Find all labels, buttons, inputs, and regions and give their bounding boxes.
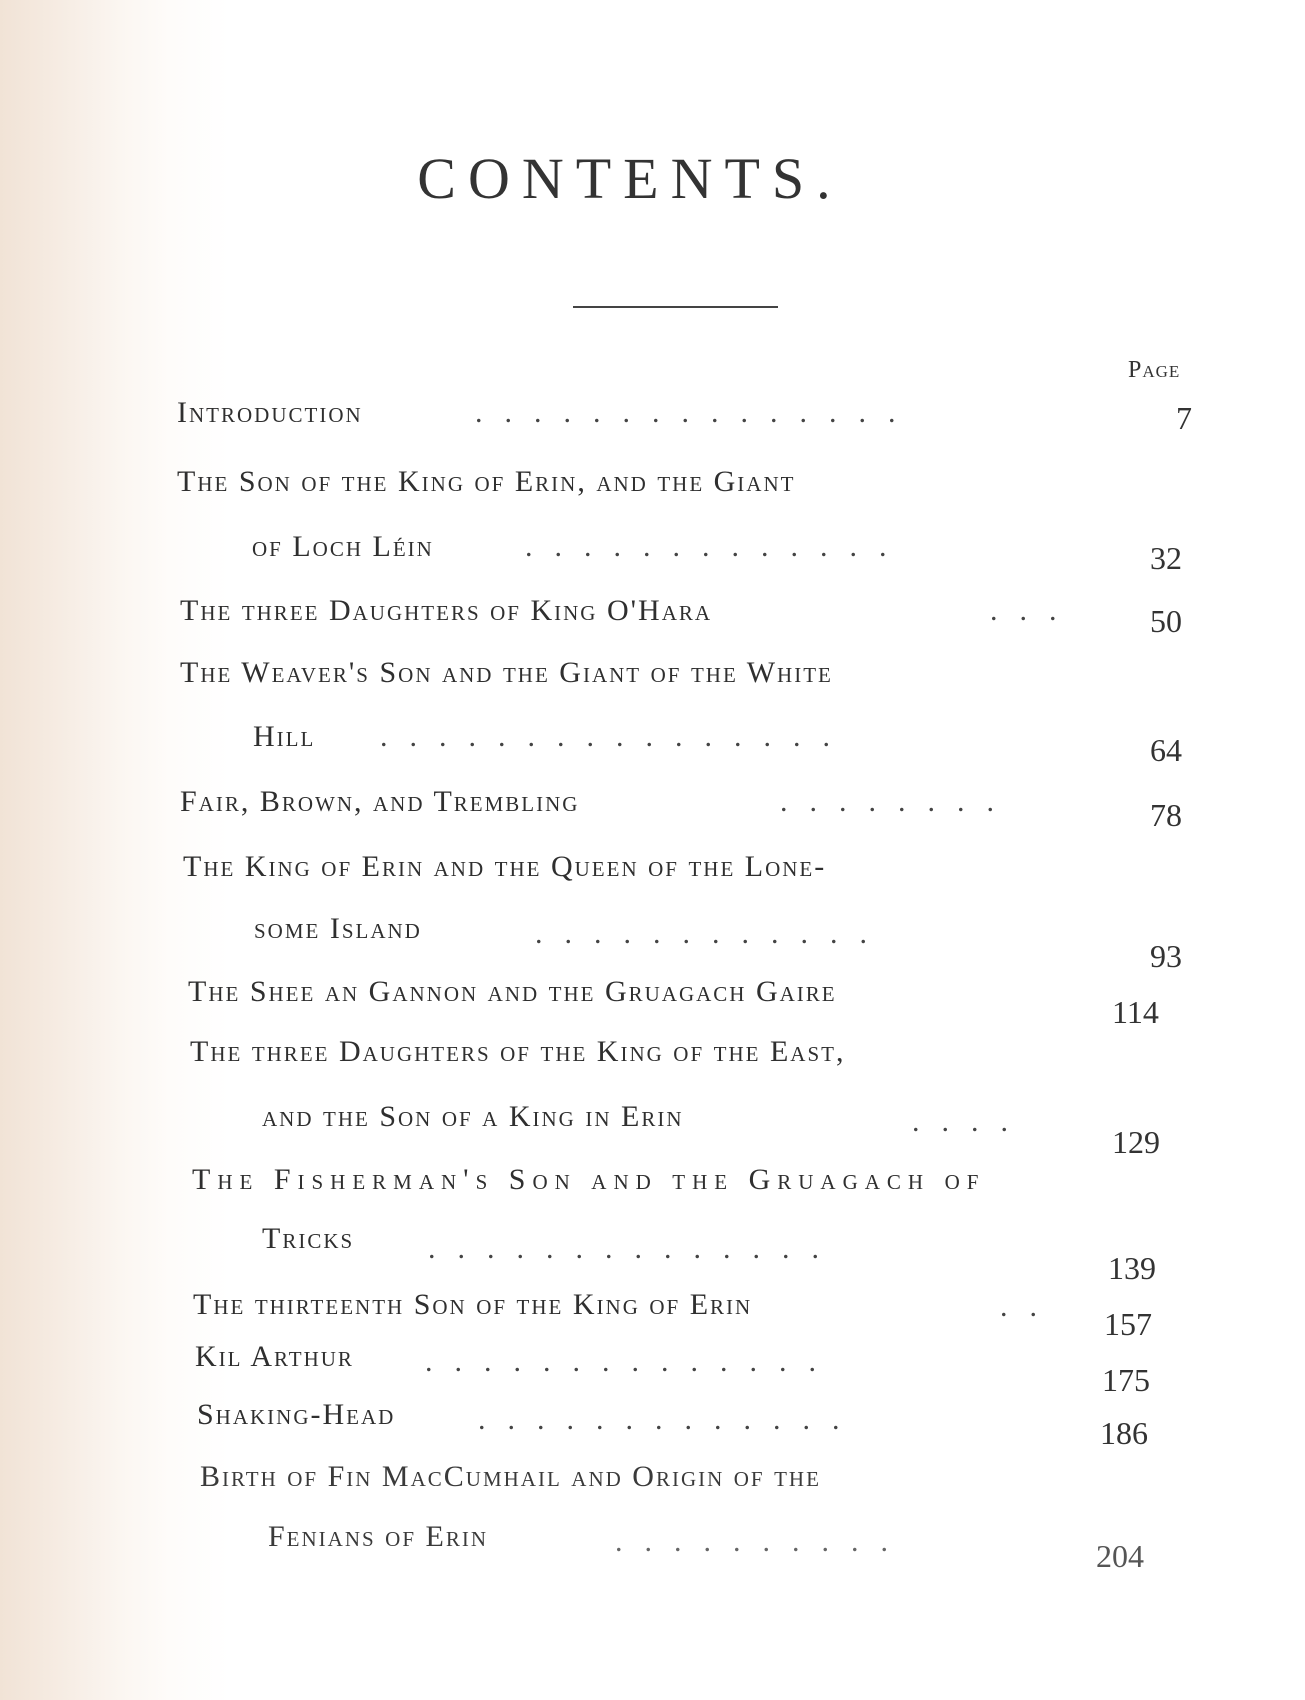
leader-dots: .... bbox=[912, 1105, 1030, 1139]
entry-title-continued: some Island bbox=[254, 912, 422, 946]
entry-title-continued: Fenians of Erin bbox=[268, 1520, 488, 1554]
page-number: 157 bbox=[1104, 1306, 1152, 1343]
entry-title: The King of Erin and the Queen of the Lo… bbox=[183, 850, 826, 884]
leader-dots: ................ bbox=[380, 720, 852, 754]
entry-title: Fair, Brown, and Trembling bbox=[180, 785, 579, 819]
page-number: 78 bbox=[1150, 797, 1182, 834]
page-number: 139 bbox=[1108, 1250, 1156, 1287]
entry-title: The three Daughters of the King of the E… bbox=[190, 1035, 845, 1069]
page-number: 50 bbox=[1150, 603, 1182, 640]
leader-dots: .............. bbox=[425, 1345, 838, 1379]
title-rule bbox=[573, 306, 778, 308]
page-number: 93 bbox=[1150, 938, 1182, 975]
entry-title: Birth of Fin MacCumhail and Origin of th… bbox=[200, 1460, 821, 1494]
entry-title: The thirteenth Son of the King of Erin bbox=[193, 1288, 752, 1322]
contents-title: CONTENTS. bbox=[0, 145, 1260, 212]
entry-title: The Shee an Gannon and the Gruagach Gair… bbox=[188, 975, 837, 1009]
entry-title: The three Daughters of King O'Hara bbox=[180, 594, 712, 628]
entry-title-continued: Tricks bbox=[262, 1222, 354, 1256]
page-number: 32 bbox=[1150, 540, 1182, 577]
page-number: 186 bbox=[1100, 1415, 1148, 1452]
page-number: 7 bbox=[1176, 400, 1192, 437]
page-number: 204 bbox=[1096, 1538, 1144, 1575]
entry-title: The Son of the King of Erin, and the Gia… bbox=[177, 465, 795, 499]
page-number: 175 bbox=[1102, 1362, 1150, 1399]
page-number: 64 bbox=[1150, 732, 1182, 769]
leader-dots: .......... bbox=[615, 1525, 910, 1559]
leader-dots: ........ bbox=[780, 785, 1016, 819]
entry-title: Kil Arthur bbox=[195, 1340, 354, 1374]
leader-dots: .. bbox=[1000, 1290, 1059, 1324]
page-number: 114 bbox=[1112, 994, 1159, 1031]
leader-dots: ............. bbox=[478, 1403, 862, 1437]
leader-dots: ... bbox=[990, 594, 1079, 628]
leader-dots: ............. bbox=[525, 530, 909, 564]
entry-title: The Fisherman's Son and the Gruagach of bbox=[192, 1163, 985, 1197]
leader-dots: ............... bbox=[475, 396, 918, 430]
entry-title-continued: of Loch Léin bbox=[252, 530, 434, 564]
entry-title: Introduction bbox=[177, 396, 363, 430]
page-number: 129 bbox=[1112, 1124, 1160, 1161]
entry-title-continued: and the Son of a King in Erin bbox=[262, 1100, 683, 1134]
page-column-header: Page bbox=[1128, 357, 1180, 384]
leader-dots: .............. bbox=[428, 1232, 841, 1266]
entry-title: Shaking-Head bbox=[197, 1398, 395, 1432]
entry-title-continued: Hill bbox=[253, 720, 315, 754]
entry-title: The Weaver's Son and the Giant of the Wh… bbox=[180, 656, 833, 690]
leader-dots: ............ bbox=[535, 917, 889, 951]
